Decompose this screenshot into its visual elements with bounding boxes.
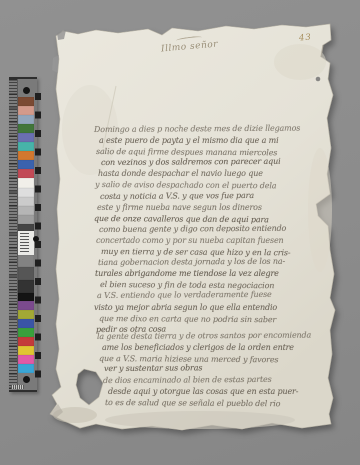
manuscript-line: hasta donde despachar el navio luego que xyxy=(98,168,300,179)
manuscript-paragraph-1: Domingo a dies p noche deste mes de dizi… xyxy=(94,124,300,335)
manuscript-line: tiana gobernacion desta jornada y los de… xyxy=(98,256,300,269)
registration-dot xyxy=(18,83,34,97)
manuscript-line: turales abrigandome me tiendose la vez a… xyxy=(95,268,300,279)
color-swatch xyxy=(18,188,34,197)
folio-number: 43 xyxy=(299,33,312,44)
color-swatch xyxy=(18,215,34,224)
manuscript-line: a este puero de payta y el mismo dia que… xyxy=(99,135,300,146)
manuscript-line: concertado como y por su nueba capitan f… xyxy=(96,235,300,246)
color-swatch xyxy=(18,197,34,206)
registration-dot-mark xyxy=(23,376,30,383)
color-swatch xyxy=(18,142,34,151)
manuscript-line: costa y noticia a V.S. y que vos fue par… xyxy=(100,189,300,201)
colorbar-patches xyxy=(18,83,34,385)
target-footer-label xyxy=(11,385,24,389)
color-swatch xyxy=(18,133,34,142)
ruler-scale xyxy=(9,79,18,390)
manuscript-line: como buena gente y digo con deposito ent… xyxy=(99,222,300,234)
manuscript-line: a V.S. entiendo que lo verdaderamente fu… xyxy=(97,289,300,302)
color-swatch xyxy=(18,178,34,188)
registration-dot xyxy=(18,373,34,385)
color-swatch xyxy=(18,328,34,337)
color-swatch xyxy=(18,280,34,293)
manuscript-line: este y firme nueba nave segun los dinero… xyxy=(97,202,300,213)
manuscript-line: Domingo a dies p noche deste mes de dizi… xyxy=(94,123,300,136)
color-swatch xyxy=(18,293,34,301)
manuscript-line: con vezinos y dos saldremos con parecer … xyxy=(101,156,300,168)
color-calibration-strip xyxy=(9,77,37,392)
manuscript-line: desde aqui y otorgue las cosas que en es… xyxy=(108,386,298,397)
registration-tabs xyxy=(35,93,41,379)
color-swatch xyxy=(18,124,34,133)
color-swatch xyxy=(18,97,34,106)
paper-dark-spot xyxy=(316,77,321,82)
color-swatch xyxy=(18,224,34,231)
color-swatch xyxy=(18,301,34,310)
color-swatch xyxy=(18,337,34,346)
color-swatch xyxy=(18,267,34,280)
color-swatch xyxy=(18,169,34,178)
registration-dot-mark xyxy=(23,87,30,94)
color-swatch xyxy=(18,106,34,115)
color-swatch xyxy=(18,206,34,215)
color-swatch xyxy=(18,310,34,319)
target-label xyxy=(18,231,34,255)
color-swatch xyxy=(18,319,34,328)
archival-photo-stage: Illmo señor 43 Domingo a dies p noche de… xyxy=(0,0,360,465)
color-swatch xyxy=(18,355,34,364)
color-swatch xyxy=(18,160,34,169)
manuscript-line: la gente desta tierra y de otros santos … xyxy=(97,331,311,343)
color-swatch xyxy=(18,364,34,373)
manuscript-paragraph-3: de dios encaminado al bien de estas part… xyxy=(103,375,298,409)
color-swatch xyxy=(18,346,34,355)
manuscript-line: visto ya mejor abria segun lo que ella e… xyxy=(94,302,300,313)
manuscript-line: to es de salud que se señala el pueblo d… xyxy=(105,397,298,410)
manuscript-line: ame los beneficiados y clerigos de la or… xyxy=(102,343,311,354)
manuscript-paragraph-2: la gente desta tierra y de otros santos … xyxy=(97,332,311,375)
color-swatch xyxy=(18,115,34,124)
manuscript-line: de dios encaminado al bien de estas part… xyxy=(103,374,298,387)
color-swatch xyxy=(18,151,34,160)
color-swatch xyxy=(18,255,34,267)
